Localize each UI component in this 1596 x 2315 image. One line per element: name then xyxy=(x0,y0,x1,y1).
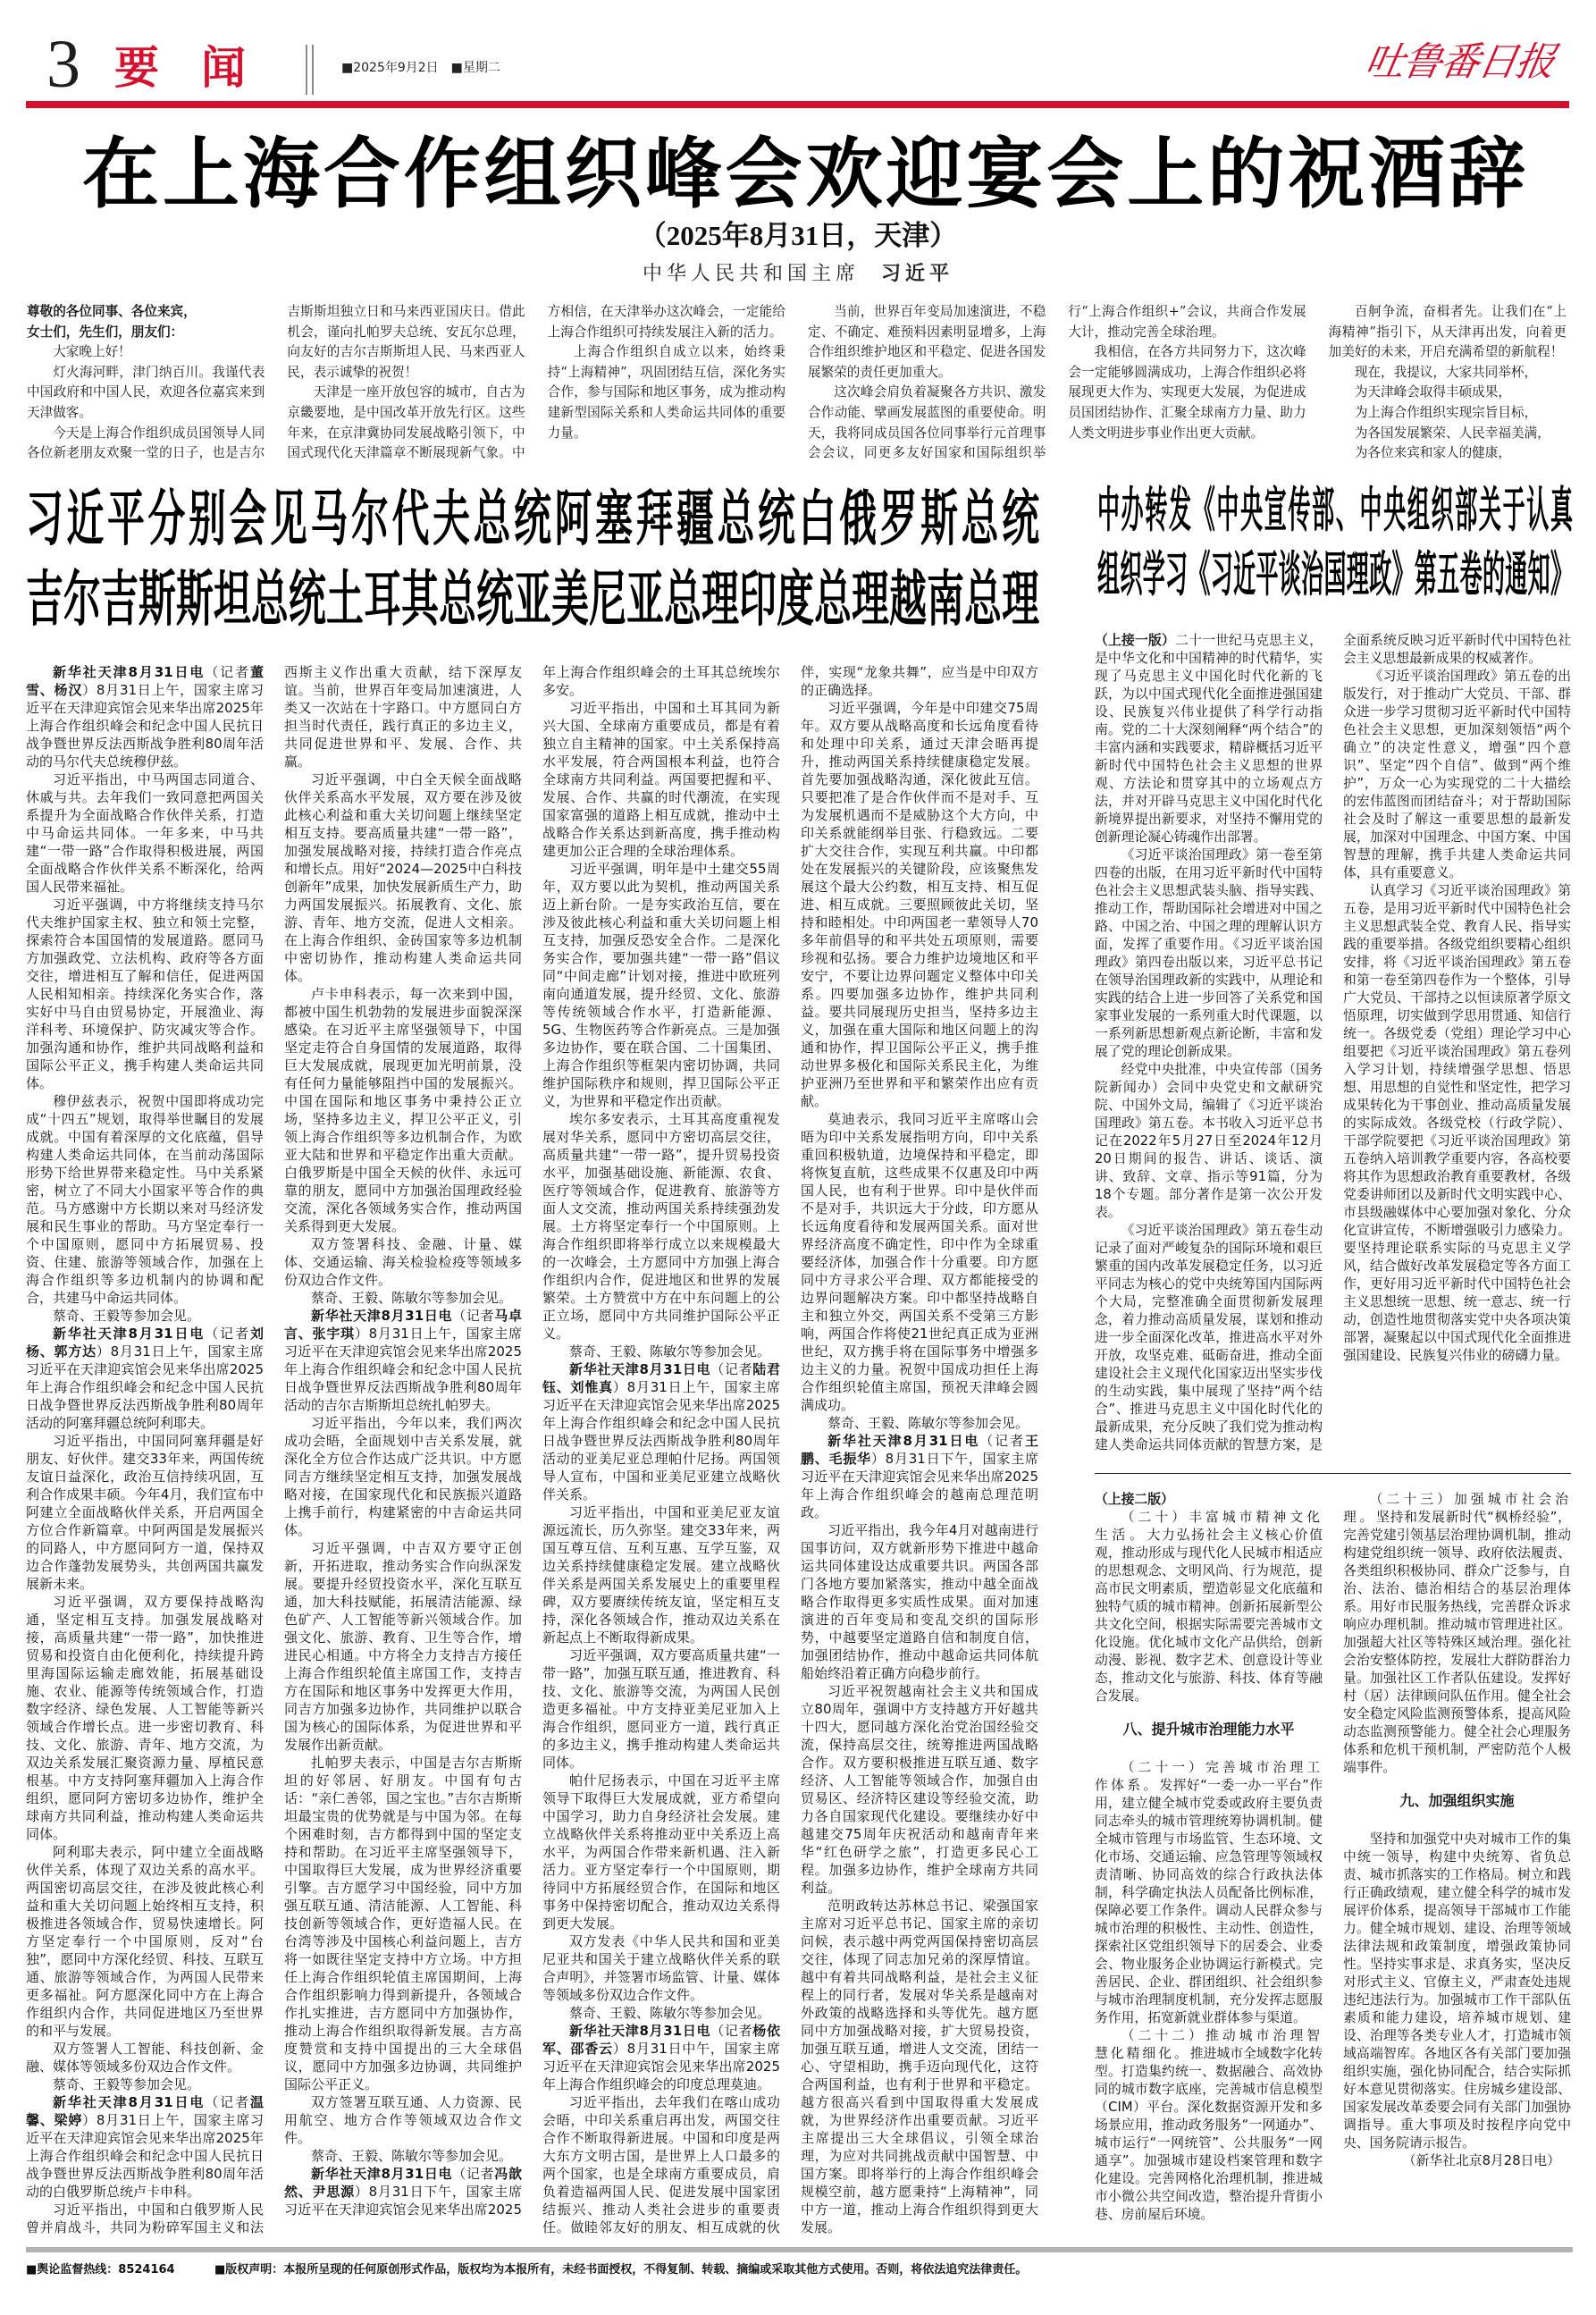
paragraph: 蔡奇、王毅、陈敏尔等参加会见。 xyxy=(284,2147,522,2165)
reporter-prefix: （记者 xyxy=(710,2023,752,2039)
meetings-headline-line-2: 吉尔吉斯斯坦总统土耳其总统亚美尼亚总理印度总理越南总理 xyxy=(26,569,1039,630)
paragraph-text: 女士们，先生们，朋友们： xyxy=(27,324,183,340)
paragraph: 新华社天津8月31日电（记者董雪、杨汉）8月31日上午，国家主席习近平在天津迎宾… xyxy=(26,663,264,770)
paragraph-text: 大家晚上好！ xyxy=(53,344,131,359)
paragraph-text: 尊敬的各位同事、各位来宾， xyxy=(27,304,197,319)
paragraph-text: 蔡奇、王毅等参加会见。 xyxy=(53,1308,200,1324)
paragraph-text: 蔡奇、王毅、陈敏尔等参加会见。 xyxy=(827,1415,1029,1431)
meetings-body: 新华社天津8月31日电（记者董雪、杨汉）8月31日上午，国家主席习近平在天津迎宾… xyxy=(26,663,1038,2236)
paragraph: 灯火海河畔，津门纳百川。我谨代表中国政府和中国人民，欢迎各位嘉宾来到天津做客。 xyxy=(27,363,265,424)
article-divider xyxy=(1095,1473,1571,1474)
paragraph-text: 习近平强调，今年是中印建交75周年。双方要从战略高度和长远角度看待和处理中印关系… xyxy=(801,700,1038,1109)
paragraph-text: 坚持和加强党中央对城市工作的集中统一领导，构建中央统筹、省负总责、城市抓落实的工… xyxy=(1343,1831,1571,2151)
speaker-title: 中华人民共和国主席 xyxy=(643,263,860,285)
paragraph-text: 习近平强调，中方将继续支持马尔代夫维护国家主权、独立和领土完整，探索符合本国国情… xyxy=(26,897,264,1091)
paragraph: 百舸争流，奋楫者先。让我们在“上海精神”指引下，从天津再出发，向着更加美好的未来… xyxy=(1329,302,1567,363)
paragraph: 坚持和加强党中央对城市工作的集中统一领导，构建中央统筹、省负总责、城市抓落实的工… xyxy=(1343,1831,1571,2152)
paragraph-text: 双方发表《中华人民共和国和亚美尼亚共和国关于建立战略伙伴关系的联合声明》，并签署… xyxy=(542,1933,780,2003)
footer-gray-rule xyxy=(26,2247,1573,2252)
paragraph: 女士们，先生们，朋友们： xyxy=(27,323,265,343)
paragraph: 为天津峰会取得丰硕成果， xyxy=(1329,383,1567,403)
paragraph: 蔡奇、王毅、陈敏尔等参加会见。 xyxy=(284,1289,522,1307)
paragraph: 现在，我提议，大家共同举杯， xyxy=(1329,363,1567,383)
newspaper-logo: 吐鲁番日报 xyxy=(1361,36,1558,89)
paragraph-text: 九、加强组织实施 xyxy=(1399,1792,1514,1809)
toast-body: 尊敬的各位同事、各位来宾，女士们，先生们，朋友们：大家晚上好！灯火海河畔，津门纳… xyxy=(27,302,1567,465)
paragraph: 大家晚上好！ xyxy=(27,342,265,363)
paragraph: （二十一）完善城市治理工作体系。发挥好“一委一办一平台”作用，建立健全城市党委或… xyxy=(1095,1759,1323,2027)
paragraph: 《习近平谈治国理政》第五卷的出版发行，对于推动广大党员、干部、群众进一步学习贯彻… xyxy=(1343,668,1571,882)
paragraph-text: 蔡奇、王毅等参加会见。 xyxy=(53,2076,200,2092)
paragraph: （新华社北京8月28日电） xyxy=(1343,2152,1571,2170)
paragraph: 习近平强调，双方要保持战略沟通，坚定相互支持。加强发展战略对接，高质量共建“一带… xyxy=(26,1593,264,1843)
paragraph: 习近平强调，中方将继续支持马尔代夫维护国家主权、独立和领土完整，探索符合本国国情… xyxy=(26,896,264,1092)
paragraph-text: ）8月31日上午，国家主席习近平在天津迎宾馆会见来华出席2025年上海合作组织峰… xyxy=(542,1379,780,1503)
continued-marker: （上接一版） xyxy=(1095,633,1175,648)
paragraph: 习近平强调，今年是中印建交75周年。双方要从战略高度和长远角度看待和处理中印关系… xyxy=(801,699,1038,1110)
notice-headline-line-1: 中办转发《中央宣传部、中央组织部关于认真 xyxy=(1097,486,1573,535)
paragraph-text: 卢卡申科表示，每一次来到中国，都被中国生机勃勃的发展进步面貌深深感染。在习近平主… xyxy=(284,986,522,1234)
paragraph-text: （新华社北京8月28日电） xyxy=(1403,2153,1560,2168)
paragraph: 帕什尼扬表示，中国在习近平主席领导下取得巨大发展成就，亚方希望向中国学习，助力自… xyxy=(542,1772,780,1932)
paragraph: 经党中央批准，中央宣传部（国务院新闻办）会同中央党史和文献研究院、中国外文局，编… xyxy=(1095,1061,1323,1222)
paragraph: 新华社天津8月31日电（记者杨依军、邵香云）8月31日中午，国家主席习近平在天津… xyxy=(542,2022,780,2093)
paragraph: 习近平强调，双方要高质量共建“一带一路”，加强互联互通，推进教育、科技、文化、旅… xyxy=(542,1646,780,1772)
paragraph-text: 当前，世界百年变局加速演进，不稳定、不确定、难预料因素明显增多，上海合作组织维护… xyxy=(808,304,1046,380)
reporter-prefix: （记者 xyxy=(205,664,250,680)
paragraph: 上海合作组织自成立以来，始终秉持“上海精神”，巩固团结互信，深化务实合作，参与国… xyxy=(548,342,785,443)
paragraph: 习近平指出，我今年4月对越南进行国事访问，双方就新形势下推进中越命运共同体建设达… xyxy=(801,1521,1038,1682)
paragraph-text: 习近平指出，我今年4月对越南进行国事访问，双方就新形势下推进中越命运共同体建设达… xyxy=(801,1522,1038,1681)
dateline: 新华社天津8月31日电 xyxy=(827,1433,979,1449)
paragraph: 双方发表《中华人民共和国和亚美尼亚共和国关于建立战略伙伴关系的联合声明》，并签署… xyxy=(542,1932,780,2004)
paragraph-text: 上海合作组织自成立以来，始终秉持“上海精神”，巩固团结互信，深化务实合作，参与国… xyxy=(548,344,785,440)
paragraph-text: 双方签署互联互通、人力资源、民用航空、地方合作等领域双边合作文件。 xyxy=(284,2094,522,2146)
paragraph: 双方签署科技、金融、计量、媒体、交通运输、海关检验检疫等领域多份双边合作文件。 xyxy=(284,1235,522,1289)
paragraph: （二十）丰富城市精神文化生活。大力弘扬社会主义核心价值观，推动形成与现代化人民城… xyxy=(1095,1509,1323,1705)
paragraph-text: 扎帕罗夫表示，中国是吉尔吉斯斯坦的好邻居、好朋友。中国有句古话：“亲仁善邻，国之… xyxy=(284,1755,522,2092)
paragraph-text: 双方签署科技、金融、计量、媒体、交通运输、海关检验检疫等领域多份双边合作文件。 xyxy=(284,1236,522,1288)
paragraph-text: 帕什尼扬表示，中国在习近平主席领导下取得巨大发展成就，亚方希望向中国学习，助力自… xyxy=(542,1772,780,1932)
notice-headline-line-2: 组织学习《习近平谈治国理政》第五卷的通知》 xyxy=(1097,551,1573,599)
paragraph-text: 大力弘扬社会主义核心价值观，推动形成与现代化人民城市相适应的思想观念、文明风尚、… xyxy=(1095,1528,1323,1704)
paragraph-text: 二十一世纪马克思主义，是中华文化和中国精神的时代精华，实现了马克思主义中国化时代… xyxy=(1095,633,1323,845)
issue-date-text: ■2025年9月2日 xyxy=(341,61,439,75)
paragraph: 当前，世界百年变局加速演进，不稳定、不确定、难预料因素明显增多，上海合作组织维护… xyxy=(808,302,1046,383)
toast-occasion: （2025年8月31日，天津） xyxy=(0,220,1596,252)
paragraph-text: 《习近平谈治国理政》第五卷的出版发行，对于推动广大党员、干部、群众进一步学习贯彻… xyxy=(1343,669,1571,880)
notice-body: （上接一版）二十一世纪马克思主义，是中华文化和中国精神的时代精华，实现了马克思主… xyxy=(1095,632,1571,1454)
paragraph-text: 百舸争流，奋楫者先。让我们在“上海精神”指引下，从天津再出发，向着更加美好的未来… xyxy=(1329,304,1567,359)
paragraph: 习近平强调，中白全天候全面战略伙伴关系高水平发展，双方要在涉及彼此核心利益和重大… xyxy=(284,770,522,985)
paragraph: 认真学习《习近平谈治国理政》第五卷，是用习近平新时代中国特色社会主义思想武装全党… xyxy=(1343,882,1571,1365)
paragraph: 蔡奇、王毅等参加会见。 xyxy=(26,1307,264,1325)
dateline: 新华社天津8月31日电 xyxy=(569,1361,710,1377)
paragraph: 习近平强调，明年是中土建交55周年，双方要以此为契机，推动两国关系迈上新台阶。一… xyxy=(542,860,780,1110)
dateline: 新华社天津8月31日电 xyxy=(53,664,205,680)
paragraph: 习近平祝贺越南社会主义共和国成立80周年，强调中方支持越方开好越共十四大，愿同越… xyxy=(801,1682,1038,1897)
paragraph: （二十三）加强城市社会治理。坚持和发展新时代“枫桥经验”，完善党建引领基层治理协… xyxy=(1343,1491,1571,1777)
reporter-prefix: （记者 xyxy=(205,2094,250,2110)
dateline: 新华社天津8月31日电 xyxy=(311,1308,452,1324)
paragraph-text: 蔡奇、王毅、陈敏尔等参加会见。 xyxy=(311,2148,512,2164)
paragraph-text: 莫迪表示，我同习近平主席喀山会晤为印中关系发展指明方向，印中关系重回积极轨道，边… xyxy=(801,1111,1038,1413)
paragraph-text: 习近平指出，今年以来，我们两次成功会晤，全面规划中吉关系发展，就深化全方位合作达… xyxy=(284,1415,522,1538)
reporter-prefix: （记者 xyxy=(979,1433,1025,1449)
paragraph: 新华社天津8月31日电（记者王鹏、毛振华）8月31日下午，国家主席习近平在天津迎… xyxy=(801,1432,1038,1521)
paragraph: 习近平指出，中马两国志同道合、休戚与共。去年我们一致同意把两国关系提升为全面战略… xyxy=(26,770,264,896)
issue-weekday: ■星期二 xyxy=(451,61,500,75)
paragraph-text: 经党中央批准，中央宣传部（国务院新闻办）会同中央党史和文献研究院、中国外文局，编… xyxy=(1095,1062,1323,1220)
paragraph: 扎帕罗夫表示，中国是吉尔吉斯斯坦的好邻居、好朋友。中国有句古话：“亲仁善邻，国之… xyxy=(284,1754,522,2093)
paragraph-text: 习近平强调，中吉双方要守正创新，开拓进取，推动务实合作向纵深发展。要提升经贸投资… xyxy=(284,1540,522,1753)
paragraph: 新华社天津8月31日电（记者马卓言、张宇琪）8月31日上午，国家主席习近平在天津… xyxy=(284,1307,522,1414)
paragraph: 《习近平谈治国理政》第一卷至第四卷的出版，在用习近平新时代中国特色社会主义思想武… xyxy=(1095,846,1323,1061)
footer-hotline: ■舆论监督热线：8524164 xyxy=(26,2262,175,2278)
paragraph: 为各国发展繁荣、人民幸福美满， xyxy=(1329,424,1567,444)
dateline: 新华社天津8月31日电 xyxy=(53,2094,205,2110)
footer-copyright: ■版权声明：本报所呈现的任何原创形式作品，版权均为本报所有，未经书面授权，不得复… xyxy=(214,2262,1027,2278)
paragraph: 习近平指出，中国和亚美尼亚友谊源远流长，历久弥坚。建交33年来，两国互尊互信、互… xyxy=(542,1503,780,1646)
paragraph: 为上海合作组织实现宗旨目标， xyxy=(1329,403,1567,424)
paragraph: 我相信，在各方共同努力下，这次峰会一定能够圆满成功，上海合作组织必将展现更大作为… xyxy=(1068,342,1306,443)
paragraph-text: 习近平强调，中白全天候全面战略伙伴关系高水平发展，双方要在涉及彼此核心利益和重大… xyxy=(284,771,522,984)
speaker-name: 习近平 xyxy=(881,262,953,285)
paragraph: （上接一版）二十一世纪马克思主义，是中华文化和中国精神的时代精华，实现了马克思主… xyxy=(1095,632,1323,846)
page-number: 3 xyxy=(46,30,80,98)
dateline: 新华社天津8月31日电 xyxy=(53,1326,205,1342)
paragraph: 新华社天津8月31日电（记者陆君钰、刘惟真）8月31日上午，国家主席习近平在天津… xyxy=(542,1360,780,1503)
paragraph-text: 习近平强调，双方要高质量共建“一带一路”，加强互联互通，推进教育、科技、文化、旅… xyxy=(542,1647,780,1771)
paragraph-text: 习近平指出，中国和土耳其同为新兴大国、全球南方重要成员，都是有着独立自主精神的国… xyxy=(542,700,780,859)
paragraph: （二十二）推动城市治理智慧化精细化。推进城市全域数字化转型。打造集约统一、数据融… xyxy=(1095,2027,1323,2224)
paragraph-text: 为天津峰会取得丰硕成果， xyxy=(1355,384,1511,400)
paragraph: （上接二版） xyxy=(1095,1491,1323,1509)
paragraph: 范明政转达苏林总书记、梁强国家主席对习近平总书记、国家主席的亲切问候，表示越中两… xyxy=(801,1897,1038,2236)
section-title: 要闻 xyxy=(114,43,288,93)
paragraph: 习近平指出，今年以来，我们两次成功会晤，全面规划中吉关系发展，就深化全方位合作达… xyxy=(284,1414,522,1539)
paragraph: 蔡奇、王毅、陈敏尔等参加会见。 xyxy=(542,2004,780,2022)
paragraph: 阿利耶夫表示，阿中建立全面战略伙伴关系，体现了双边关系的高水平。两国密切高层交往… xyxy=(26,1843,264,2040)
paragraph-text: 为上海合作组织实现宗旨目标， xyxy=(1355,405,1537,420)
toast-byline: 中华人民共和国主席习近平 xyxy=(0,261,1596,287)
paragraph: 新华社天津8月31日电（记者温馨、梁婷）8月31日上午，国家主席习近平在天津迎宾… xyxy=(26,2093,264,2201)
paragraph-text: 穆伊兹表示，祝贺中国即将成功完成“十四五”规划，取得举世瞩目的发展成就。中国有着… xyxy=(26,1093,264,1306)
paragraph-text: 推进城市全域数字化转型。打造集约统一、数据融合、高效协同的城市数字底座，完善城市… xyxy=(1095,2046,1323,2222)
meetings-headline-line-1: 习近平分别会见马尔代夫总统阿塞拜疆总统白俄罗斯总统 xyxy=(26,489,1039,550)
paragraph-text: 《习近平谈治国理政》第一卷至第四卷的出版，在用习近平新时代中国特色社会主义思想武… xyxy=(1095,847,1323,1059)
paragraph-text: 蔡奇、王毅、陈敏尔等参加会见。 xyxy=(569,2005,770,2021)
paragraph-text: 习近平强调，双方要保持战略沟通，坚定相互支持。加强发展战略对接，高质量共建“一带… xyxy=(26,1594,264,1842)
paragraph: 穆伊兹表示，祝贺中国即将成功完成“十四五”规划，取得举世瞩目的发展成就。中国有着… xyxy=(26,1092,264,1307)
paragraph: 蔡奇、王毅、陈敏尔等参加会见。 xyxy=(542,1343,780,1360)
paragraph: 新华社天津8月31日电（记者刘杨、郭方达）8月31日上午，国家主席习近平在天津迎… xyxy=(26,1325,264,1432)
paragraph-text: 蔡奇、王毅、陈敏尔等参加会见。 xyxy=(569,1343,770,1360)
paragraph-text: 双方签署人工智能、科技创新、金融、媒体等领域多份双边合作文件。 xyxy=(26,2041,264,2075)
reporter-prefix: （记者 xyxy=(452,2166,494,2182)
paragraph-text: 埃尔多安表示，土耳其高度重视发展对华关系，愿同中方密切高层交往，高质量共建“一带… xyxy=(542,1111,780,1342)
paragraph: 莫迪表示，我同习近平主席喀山会晤为印中关系发展指明方向，印中关系重回积极轨道，边… xyxy=(801,1110,1038,1414)
paragraph-text: 为各位来宾和家人的健康， xyxy=(1355,445,1511,460)
paragraph: 习近平指出，中国和土耳其同为新兴大国、全球南方重要成员，都是有着独立自主精神的国… xyxy=(542,699,780,860)
paragraph: 八、提升城市治理能力水平 xyxy=(1095,1720,1323,1739)
paragraph: 双方签署互联互通、人力资源、民用航空、地方合作等领域双边合作文件。 xyxy=(284,2093,522,2147)
paragraph: 蔡奇、王毅等参加会见。 xyxy=(26,2075,264,2093)
paragraph: 尊敬的各位同事、各位来宾， xyxy=(27,302,265,323)
paragraph-text: 习近平祝贺越南社会主义共和国成立80周年，强调中方支持越方开好越共十四大，愿同越… xyxy=(801,1683,1038,1896)
paragraph-text: 阿利耶夫表示，阿中建立全面战略伙伴关系，体现了双边关系的高水平。两国密切高层交往… xyxy=(26,1844,264,2039)
paragraph-text: 范明政转达苏林总书记、梁强国家主席对习近平总书记、国家主席的亲切问候，表示越中两… xyxy=(801,1898,1038,2235)
dateline: 新华社天津8月31日电 xyxy=(311,2166,452,2182)
double-divider xyxy=(306,45,314,95)
paragraph-text: 习近平强调，明年是中土建交55周年，双方要以此为契机，推动两国关系迈上新台阶。一… xyxy=(542,861,780,1109)
continued-body: （上接二版）（二十）丰富城市精神文化生活。大力弘扬社会主义核心价值观，推动形成与… xyxy=(1095,1491,1571,2240)
paragraph-text: 习近平指出，中国和亚美尼亚友谊源远流长，历久弥坚。建交33年来，两国互尊互信、互… xyxy=(542,1504,780,1646)
paragraph: 蔡奇、王毅、陈敏尔等参加会见。 xyxy=(801,1414,1038,1432)
paragraph-text: 灯火海河畔，津门纳百川。我谨代表中国政府和中国人民，欢迎各位嘉宾来到天津做客。 xyxy=(27,365,265,420)
paragraph: 埃尔多安表示，土耳其高度重视发展对华关系，愿同中方密切高层交往，高质量共建“一带… xyxy=(542,1110,780,1343)
paragraph-text: 为各国发展繁荣、人民幸福美满， xyxy=(1355,425,1550,441)
toast-headline: 在上海合作组织峰会欢迎宴会上的祝酒辞 xyxy=(82,135,1525,214)
dateline: 新华社天津8月31日电 xyxy=(569,2023,710,2039)
paragraph-text: 我相信，在各方共同努力下，这次峰会一定能够圆满成功，上海合作组织必将展现更大作为… xyxy=(1068,344,1306,440)
issue-date: ■2025年9月2日■星期二 xyxy=(341,60,500,76)
paragraph: 习近平强调，中吉双方要守正创新，开拓进取，推动务实合作向纵深发展。要提升经贸投资… xyxy=(284,1539,522,1754)
paragraph-text: 习近平指出，中国同阿塞拜疆是好朋友、好伙伴。建交33年来，两国传统友谊日益深化，… xyxy=(26,1433,264,1592)
paragraph-text: 坚持和发展新时代“枫桥经验”，完善党建引领基层治理协调机制，推动构建党组织统一领… xyxy=(1343,1510,1571,1775)
paragraph: 为各位来宾和家人的健康， xyxy=(1329,443,1567,464)
paragraph-text: 八、提升城市治理能力水平 xyxy=(1122,1721,1294,1738)
reporter-prefix: （记者 xyxy=(710,1361,752,1377)
paragraph-text: 习近平指出，中马两国志同道合、休戚与共。去年我们一致同意把两国关系提升为全面战略… xyxy=(26,771,264,895)
paragraph-text: 发挥好“一委一办一平台”作用，建立健全城市党委或政府主要负责同志牵头的城市管理统… xyxy=(1095,1778,1323,2025)
paragraph: 双方签署人工智能、科技创新、金融、媒体等领域多份双边合作文件。 xyxy=(26,2040,264,2075)
paragraph: 九、加强组织实施 xyxy=(1343,1791,1571,1811)
paragraph-text: 蔡奇、王毅、陈敏尔等参加会见。 xyxy=(311,1290,512,1306)
paragraph-text: 现在，我提议，大家共同举杯， xyxy=(1355,365,1537,380)
reporter-prefix: （记者 xyxy=(205,1326,250,1342)
paragraph: 习近平指出，中国同阿塞拜疆是好朋友、好伙伴。建交33年来，两国传统友谊日益深化，… xyxy=(26,1432,264,1593)
masthead-red-rule xyxy=(26,101,1569,108)
paragraph-text: 认真学习《习近平谈治国理政》第五卷，是用习近平新时代中国特色社会主义思想武装全党… xyxy=(1343,883,1571,1363)
paragraph: 卢卡申科表示，每一次来到中国，都被中国生机勃勃的发展进步面貌深深感染。在习近平主… xyxy=(284,985,522,1235)
continued-marker: （上接二版） xyxy=(1095,1492,1174,1507)
reporter-prefix: （记者 xyxy=(452,1308,494,1324)
